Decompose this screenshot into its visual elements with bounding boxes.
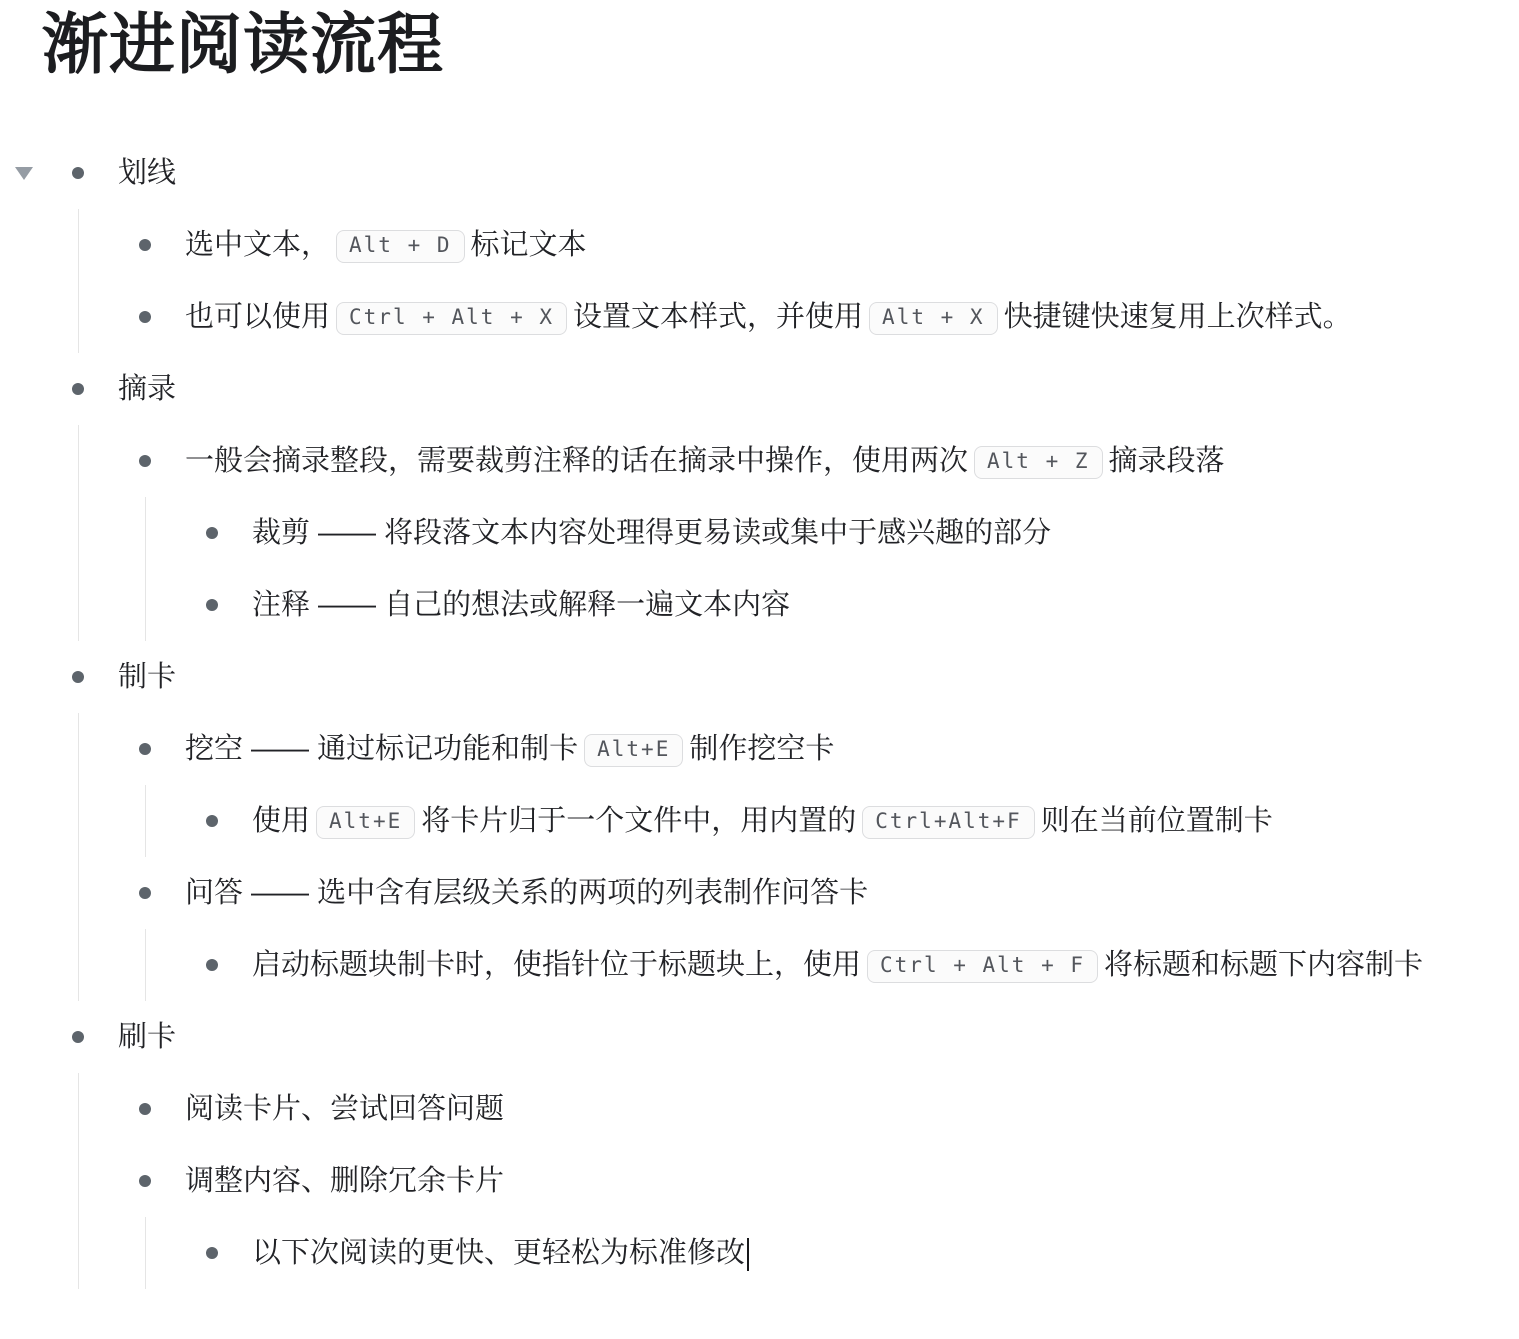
kbd-shortcut-chip: Alt + D: [336, 230, 465, 263]
outline-item: 制卡挖空 —— 通过标记功能和制卡Alt+E制作挖空卡使用Alt+E将卡片归于一…: [72, 641, 1519, 1001]
text-run: 裁剪 —— 将段落文本内容处理得更易读或集中于感兴趣的部分: [252, 517, 1051, 549]
bullet-icon[interactable]: [72, 167, 84, 179]
kbd-shortcut-chip: Alt+E: [316, 806, 415, 839]
kbd-shortcut-chip: Alt + Z: [974, 446, 1103, 479]
outline-item-text[interactable]: 挖空 —— 通过标记功能和制卡Alt+E制作挖空卡: [185, 729, 834, 769]
outline-item-row: 也可以使用Ctrl + Alt + X设置文本样式，并使用Alt + X快捷键快…: [139, 281, 1519, 353]
bullet-icon[interactable]: [139, 887, 151, 899]
text-run: 摘录: [118, 373, 176, 405]
text-run: 以下次阅读的更快、更轻松为标准修改: [252, 1237, 745, 1269]
outline-item-row: 注释 —— 自己的想法或解释一遍文本内容: [206, 569, 1519, 641]
outline-item: 启动标题块制卡时，使指针位于标题块上，使用Ctrl + Alt + F将标题和标…: [206, 929, 1519, 1001]
outline-item: 阅读卡片、尝试回答问题: [139, 1073, 1519, 1145]
outline-children-group: 使用Alt+E将卡片归于一个文件中，用内置的Ctrl+Alt+F则在当前位置制卡: [145, 785, 1519, 857]
outline-item-text[interactable]: 划线: [118, 153, 176, 193]
outline-item-text[interactable]: 启动标题块制卡时，使指针位于标题块上，使用Ctrl + Alt + F将标题和标…: [252, 945, 1423, 985]
outline-item-text[interactable]: 使用Alt+E将卡片归于一个文件中，用内置的Ctrl+Alt+F则在当前位置制卡: [252, 801, 1273, 841]
bullet-icon[interactable]: [206, 959, 218, 971]
bullet-icon[interactable]: [139, 455, 151, 467]
outline-item-text[interactable]: 摘录: [118, 369, 176, 409]
outline-item-row: 刷卡: [72, 1001, 1519, 1073]
outline-item-row: 以下次阅读的更快、更轻松为标准修改: [206, 1217, 1519, 1289]
outline-item-row: 划线: [72, 137, 1519, 209]
outline-item-text[interactable]: 问答 —— 选中含有层级关系的两项的列表制作问答卡: [185, 873, 868, 913]
page-title[interactable]: 渐进阅读流程: [42, 10, 1519, 79]
outline-children-group: 裁剪 —— 将段落文本内容处理得更易读或集中于感兴趣的部分注释 —— 自己的想法…: [145, 497, 1519, 641]
text-run: 将卡片归于一个文件中，用内置的: [421, 805, 856, 837]
text-run: 调整内容、删除冗余卡片: [185, 1165, 504, 1197]
outline-item-text[interactable]: 一般会摘录整段，需要裁剪注释的话在摘录中操作，使用两次Alt + Z摘录段落: [185, 441, 1225, 481]
bullet-icon[interactable]: [139, 239, 151, 251]
text-run: 阅读卡片、尝试回答问题: [185, 1093, 504, 1125]
outline-item-row: 启动标题块制卡时，使指针位于标题块上，使用Ctrl + Alt + F将标题和标…: [206, 929, 1519, 1001]
outline-item: 裁剪 —— 将段落文本内容处理得更易读或集中于感兴趣的部分: [206, 497, 1519, 569]
outline-children-group: 挖空 —— 通过标记功能和制卡Alt+E制作挖空卡使用Alt+E将卡片归于一个文…: [78, 713, 1519, 1001]
bullet-icon[interactable]: [206, 527, 218, 539]
outline-item: 注释 —— 自己的想法或解释一遍文本内容: [206, 569, 1519, 641]
text-run: 注释 —— 自己的想法或解释一遍文本内容: [252, 589, 790, 621]
outline-item: 调整内容、删除冗余卡片以下次阅读的更快、更轻松为标准修改: [139, 1145, 1519, 1289]
outline-item-row: 调整内容、删除冗余卡片: [139, 1145, 1519, 1217]
outline-item: 刷卡阅读卡片、尝试回答问题调整内容、删除冗余卡片以下次阅读的更快、更轻松为标准修…: [72, 1001, 1519, 1289]
outline-item-row: 一般会摘录整段，需要裁剪注释的话在摘录中操作，使用两次Alt + Z摘录段落: [139, 425, 1519, 497]
outline-item-text[interactable]: 刷卡: [118, 1017, 176, 1057]
outline-item-text[interactable]: 也可以使用Ctrl + Alt + X设置文本样式，并使用Alt + X快捷键快…: [185, 297, 1352, 337]
text-run: 将标题和标题下内容制卡: [1104, 949, 1423, 981]
bullet-icon[interactable]: [206, 1247, 218, 1259]
outline-item: 一般会摘录整段，需要裁剪注释的话在摘录中操作，使用两次Alt + Z摘录段落裁剪…: [139, 425, 1519, 641]
outline-children-group: 阅读卡片、尝试回答问题调整内容、删除冗余卡片以下次阅读的更快、更轻松为标准修改: [78, 1073, 1519, 1289]
outline-item-text[interactable]: 选中文本，Alt + D标记文本: [185, 225, 587, 265]
outline-children-group: 以下次阅读的更快、更轻松为标准修改: [145, 1217, 1519, 1289]
outline-children-group: 一般会摘录整段，需要裁剪注释的话在摘录中操作，使用两次Alt + Z摘录段落裁剪…: [78, 425, 1519, 641]
outline-item: 问答 —— 选中含有层级关系的两项的列表制作问答卡启动标题块制卡时，使指针位于标…: [139, 857, 1519, 1001]
bullet-icon[interactable]: [139, 311, 151, 323]
text-run: 刷卡: [118, 1021, 176, 1053]
outline-item-row: 阅读卡片、尝试回答问题: [139, 1073, 1519, 1145]
text-run: 制作挖空卡: [689, 733, 834, 765]
outline-item-text[interactable]: 制卡: [118, 657, 176, 697]
bullet-icon[interactable]: [139, 1175, 151, 1187]
bullet-icon[interactable]: [139, 1103, 151, 1115]
outline-item: 挖空 —— 通过标记功能和制卡Alt+E制作挖空卡使用Alt+E将卡片归于一个文…: [139, 713, 1519, 857]
text-run: 也可以使用: [185, 301, 330, 333]
kbd-shortcut-chip: Alt+E: [584, 734, 683, 767]
outline-item: 摘录一般会摘录整段，需要裁剪注释的话在摘录中操作，使用两次Alt + Z摘录段落…: [72, 353, 1519, 641]
collapse-arrow-icon[interactable]: [15, 167, 33, 180]
outline-item: 也可以使用Ctrl + Alt + X设置文本样式，并使用Alt + X快捷键快…: [139, 281, 1519, 353]
outline-item-text[interactable]: 裁剪 —— 将段落文本内容处理得更易读或集中于感兴趣的部分: [252, 513, 1051, 553]
text-cursor: [747, 1238, 749, 1271]
outline-children-group: 选中文本，Alt + D标记文本也可以使用Ctrl + Alt + X设置文本样…: [78, 209, 1519, 353]
kbd-shortcut-chip: Ctrl + Alt + X: [336, 302, 567, 335]
bullet-icon[interactable]: [206, 815, 218, 827]
outline-item-text[interactable]: 注释 —— 自己的想法或解释一遍文本内容: [252, 585, 790, 625]
note-page: 渐进阅读流程 划线选中文本，Alt + D标记文本也可以使用Ctrl + Alt…: [0, 0, 1519, 1289]
text-run: 则在当前位置制卡: [1041, 805, 1273, 837]
text-run: 标记文本: [471, 229, 587, 261]
kbd-shortcut-chip: Alt + X: [869, 302, 998, 335]
text-run: 一般会摘录整段，需要裁剪注释的话在摘录中操作，使用两次: [185, 445, 968, 477]
outline-item: 使用Alt+E将卡片归于一个文件中，用内置的Ctrl+Alt+F则在当前位置制卡: [206, 785, 1519, 857]
outline-item-row: 挖空 —— 通过标记功能和制卡Alt+E制作挖空卡: [139, 713, 1519, 785]
text-run: 快捷键快速复用上次样式。: [1004, 301, 1352, 333]
outline-item-row: 摘录: [72, 353, 1519, 425]
text-run: 选中文本，: [185, 229, 330, 261]
outline-item: 划线选中文本，Alt + D标记文本也可以使用Ctrl + Alt + X设置文…: [72, 137, 1519, 353]
outline-item-text[interactable]: 以下次阅读的更快、更轻松为标准修改: [252, 1233, 749, 1273]
bullet-icon[interactable]: [72, 1031, 84, 1043]
bullet-icon[interactable]: [139, 743, 151, 755]
outline-item: 以下次阅读的更快、更轻松为标准修改: [206, 1217, 1519, 1289]
text-run: 划线: [118, 157, 176, 189]
kbd-shortcut-chip: Ctrl + Alt + F: [867, 950, 1098, 983]
outline-item-row: 问答 —— 选中含有层级关系的两项的列表制作问答卡: [139, 857, 1519, 929]
outline-item-row: 选中文本，Alt + D标记文本: [139, 209, 1519, 281]
outline-item: 选中文本，Alt + D标记文本: [139, 209, 1519, 281]
text-run: 挖空 —— 通过标记功能和制卡: [185, 733, 578, 765]
kbd-shortcut-chip: Ctrl+Alt+F: [862, 806, 1034, 839]
text-run: 问答 —— 选中含有层级关系的两项的列表制作问答卡: [185, 877, 868, 909]
text-run: 制卡: [118, 661, 176, 693]
outline-item-row: 裁剪 —— 将段落文本内容处理得更易读或集中于感兴趣的部分: [206, 497, 1519, 569]
outline-list: 划线选中文本，Alt + D标记文本也可以使用Ctrl + Alt + X设置文…: [42, 137, 1519, 1289]
text-run: 设置文本样式，并使用: [573, 301, 863, 333]
bullet-icon[interactable]: [72, 671, 84, 683]
text-run: 摘录段落: [1109, 445, 1225, 477]
bullet-icon[interactable]: [72, 383, 84, 395]
outline-item-text[interactable]: 调整内容、删除冗余卡片: [185, 1161, 504, 1201]
outline-item-text[interactable]: 阅读卡片、尝试回答问题: [185, 1089, 504, 1129]
bullet-icon[interactable]: [206, 599, 218, 611]
outline-item-row: 使用Alt+E将卡片归于一个文件中，用内置的Ctrl+Alt+F则在当前位置制卡: [206, 785, 1519, 857]
text-run: 启动标题块制卡时，使指针位于标题块上，使用: [252, 949, 861, 981]
outline-children-group: 启动标题块制卡时，使指针位于标题块上，使用Ctrl + Alt + F将标题和标…: [145, 929, 1519, 1001]
text-run: 使用: [252, 805, 310, 837]
outline-item-row: 制卡: [72, 641, 1519, 713]
